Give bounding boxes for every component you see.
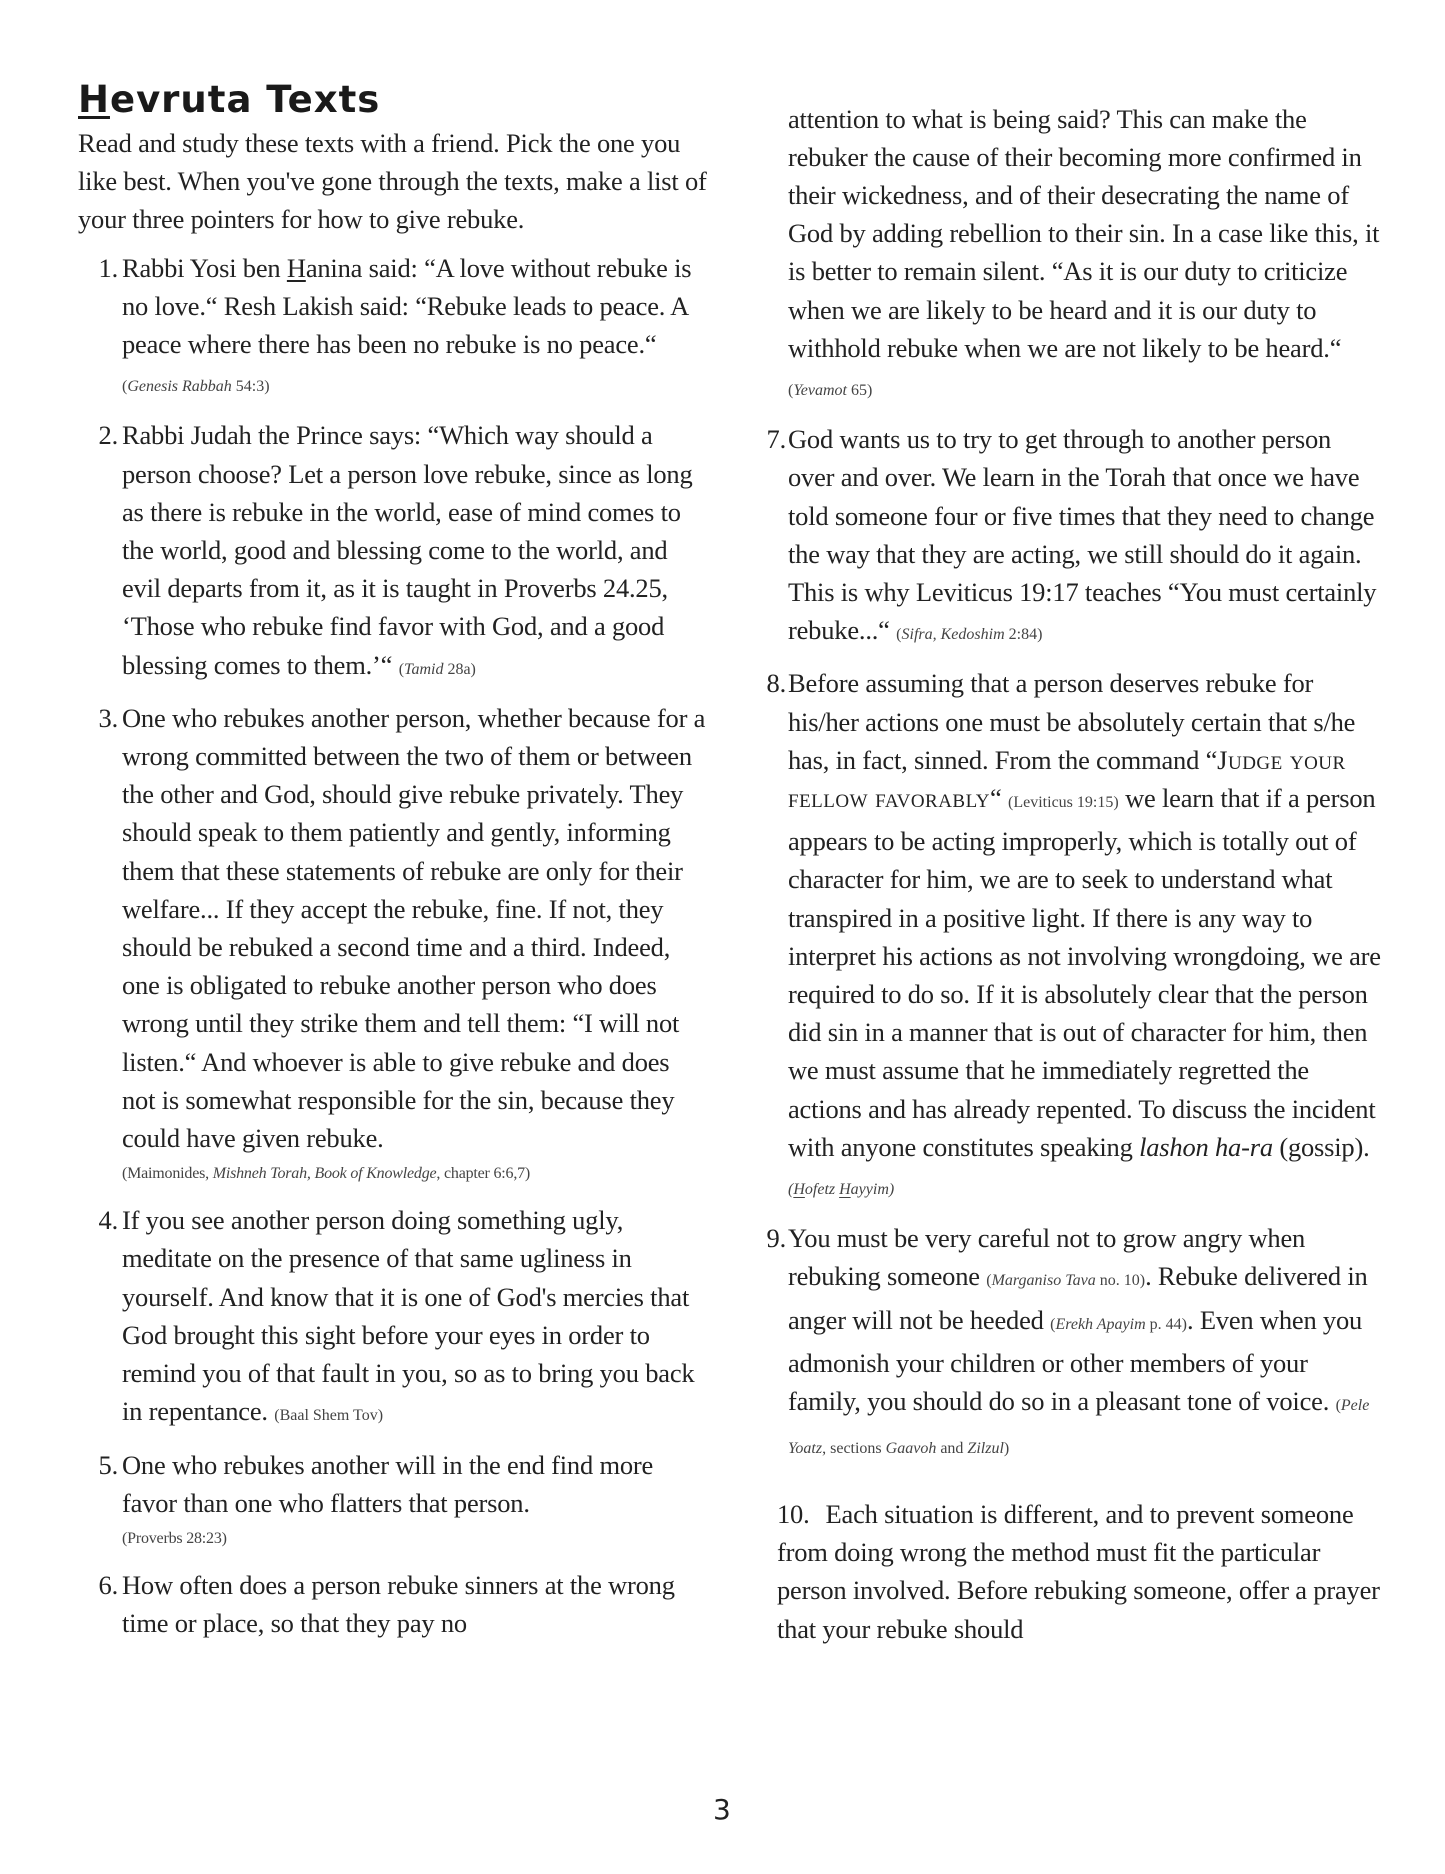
item-number: 1. bbox=[78, 249, 122, 407]
citation: (Baal Shem Tov) bbox=[274, 1407, 383, 1424]
citation: (Erekh Apayim p. 44) bbox=[1050, 1316, 1187, 1333]
item-text: Rabbi Yosi ben Hanina said: “A love with… bbox=[122, 249, 708, 407]
hevruta-text-list-continued: 7. God wants us to try to get through to… bbox=[762, 420, 1382, 1468]
list-item-4: 4. If you see another person doing somet… bbox=[78, 1201, 708, 1435]
list-item-8: 8. Before assuming that a person deserve… bbox=[762, 664, 1382, 1209]
item-text: Each situation is different, and to prev… bbox=[777, 1499, 1380, 1644]
citation: (Yevamot 65) bbox=[788, 382, 872, 399]
intro-paragraph: Read and study these texts with a friend… bbox=[78, 124, 708, 239]
item-text: One who rebukes another person, whether … bbox=[122, 699, 708, 1191]
item-text: God wants us to try to get through to an… bbox=[788, 420, 1382, 654]
item-number: 9. bbox=[762, 1219, 788, 1468]
page-number: 3 bbox=[713, 1793, 731, 1826]
list-item-7: 7. God wants us to try to get through to… bbox=[762, 420, 1382, 654]
item-text: Before assuming that a person deserves r… bbox=[788, 664, 1382, 1209]
item-number: 10. bbox=[777, 1499, 810, 1529]
item-number: 5. bbox=[78, 1446, 122, 1556]
citation: (Maimonides, Mishneh Torah, Book of Know… bbox=[122, 1157, 708, 1191]
citation: (Tamid 28a) bbox=[399, 661, 476, 678]
item-number: 3. bbox=[78, 699, 122, 1191]
item-number: 7. bbox=[762, 420, 788, 654]
list-item-10: 10.Each situation is different, and to p… bbox=[762, 1495, 1382, 1648]
list-item-3: 3. One who rebukes another person, wheth… bbox=[78, 699, 708, 1191]
item-text: If you see another person doing somethin… bbox=[122, 1201, 708, 1435]
citation: (Proverbs 28:23) bbox=[122, 1522, 708, 1556]
item-number: 8. bbox=[762, 664, 788, 1209]
list-item-1: 1. Rabbi Yosi ben Hanina said: “A love w… bbox=[78, 249, 708, 407]
list-item-9: 9. You must be very careful not to grow … bbox=[762, 1219, 1382, 1468]
item-text: Rabbi Judah the Prince says: “Which way … bbox=[122, 416, 708, 688]
list-item-2: 2. Rabbi Judah the Prince says: “Which w… bbox=[78, 416, 708, 688]
citation: (Sifra, Kedoshim 2:84) bbox=[896, 626, 1042, 643]
list-item-6-continuation: attention to what is being said? This ca… bbox=[762, 100, 1382, 411]
left-column: Hevruta Texts Read and study these texts… bbox=[78, 78, 708, 1652]
right-column: attention to what is being said? This ca… bbox=[762, 73, 1382, 1674]
citation: (Genesis Rabbah 54:3) bbox=[122, 378, 270, 395]
hevruta-text-list: 1. Rabbi Yosi ben Hanina said: “A love w… bbox=[78, 249, 708, 1643]
item-text: One who rebukes another will in the end … bbox=[122, 1446, 708, 1556]
item-number: 2. bbox=[78, 416, 122, 688]
page-title: Hevruta Texts bbox=[78, 78, 708, 122]
item-text: How often does a person rebuke sinners a… bbox=[122, 1566, 708, 1642]
citation: (Marganiso Tava no. 10) bbox=[986, 1272, 1145, 1289]
list-item-6: 6. How often does a person rebuke sinner… bbox=[78, 1566, 708, 1642]
item-text: You must be very careful not to grow ang… bbox=[788, 1219, 1382, 1468]
item-number: 4. bbox=[78, 1201, 122, 1435]
list-item-5: 5. One who rebukes another will in the e… bbox=[78, 1446, 708, 1556]
item-number: 6. bbox=[78, 1566, 122, 1642]
citation: (Leviticus 19:15) bbox=[1008, 794, 1119, 811]
citation: (Hofetz Hayyim) bbox=[788, 1181, 894, 1198]
